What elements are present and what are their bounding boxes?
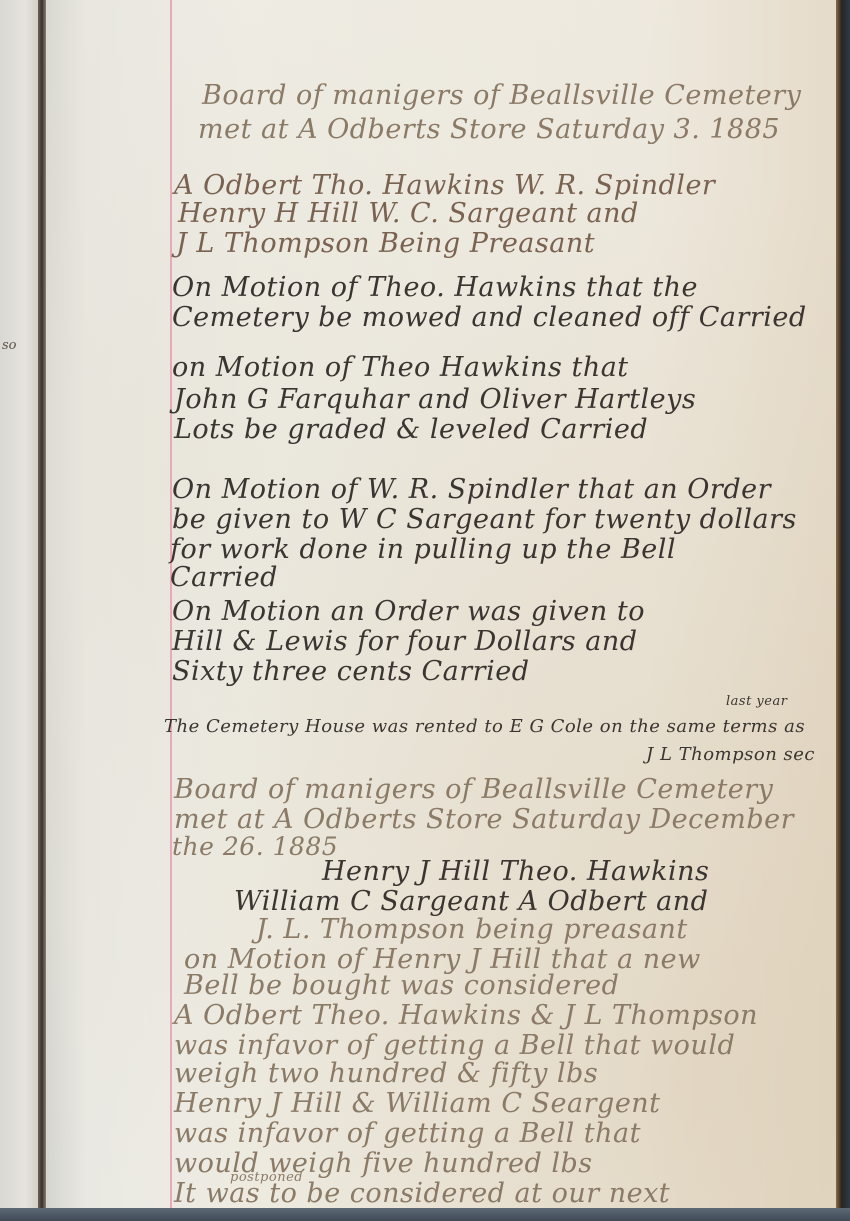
meeting-1-attendees-line-2: Henry H Hill W. C. Sargeant and <box>178 198 639 229</box>
motion-2-line-1: on Motion of Theo Hawkins that <box>172 352 629 383</box>
margin-fragment: so <box>2 338 17 353</box>
rental-note: The Cemetery House was rented to E G Col… <box>164 716 805 737</box>
meeting-1-heading-line-1: Board of manigers of Beallsville Cemeter… <box>202 80 801 111</box>
motion-4-line-1: On Motion an Order was given to <box>172 596 645 627</box>
motion-3-line-3: for work done in pulling up the Bell <box>170 534 676 565</box>
motion-1-line-1: On Motion of Theo. Hawkins that the <box>172 272 698 303</box>
meeting-2-attendees-line-2: William C Sargeant A Odbert and <box>234 886 708 917</box>
facing-page-edge: so <box>0 0 42 1221</box>
ledger-page: Board of manigers of Beallsville Cemeter… <box>46 0 836 1208</box>
meeting-2-attendees-line-3: J. L. Thompson being preasant <box>256 914 688 945</box>
meeting-2-body-line-5: weigh two hundred & fifty lbs <box>174 1058 598 1089</box>
meeting-1-attendees-line-1: A Odbert Tho. Hawkins W. R. Spindler <box>174 170 715 201</box>
book-gutter <box>38 0 46 1221</box>
motion-4-line-2: Hill & Lewis for four Dollars and <box>172 626 638 657</box>
meeting-2-body-line-2: Bell be bought was considered <box>184 970 619 1001</box>
rental-note-insert: last year <box>726 694 787 709</box>
motion-4-line-3: Sixty three cents Carried <box>172 656 529 687</box>
secretary-signature: J L Thompson sec <box>646 744 815 765</box>
page-right-edge <box>836 0 850 1221</box>
motion-3-line-4: Carried <box>170 562 278 593</box>
meeting-1-heading-line-2: met at A Odberts Store Saturday 3. 1885 <box>198 114 780 145</box>
meeting-2-body-line-6: Henry J Hill & William C Seargent <box>174 1088 661 1119</box>
meeting-2-body-line-9: It was to be considered at our next <box>174 1178 670 1209</box>
motion-2-line-2: John G Farquhar and Oliver Hartleys <box>174 384 696 415</box>
meeting-2-heading-line-2: met at A Odberts Store Saturday December <box>174 804 794 835</box>
meeting-2-heading-line-1: Board of manigers of Beallsville Cemeter… <box>174 774 773 805</box>
meeting-2-body-line-3: A Odbert Theo. Hawkins & J L Thompson <box>174 1000 758 1031</box>
meeting-2-attendees-line-1: Henry J Hill Theo. Hawkins <box>322 856 709 887</box>
meeting-1-attendees-line-3: J L Thompson Being Preasant <box>176 228 595 259</box>
motion-2-line-3: Lots be graded & leveled Carried <box>174 414 648 445</box>
motion-3-line-1: On Motion of W. R. Spindler that an Orde… <box>172 474 771 505</box>
motion-3-line-2: be given to W C Sargeant for twenty doll… <box>172 504 797 535</box>
meeting-2-body-line-7: was infavor of getting a Bell that <box>174 1118 641 1149</box>
meeting-2-heading-line-3: the 26. 1885 <box>172 832 338 861</box>
motion-1-line-2: Cemetery be mowed and cleaned off Carrie… <box>172 302 807 333</box>
scan-bottom-edge <box>0 1208 850 1221</box>
meeting-2-body-line-4: was infavor of getting a Bell that would <box>174 1030 735 1061</box>
